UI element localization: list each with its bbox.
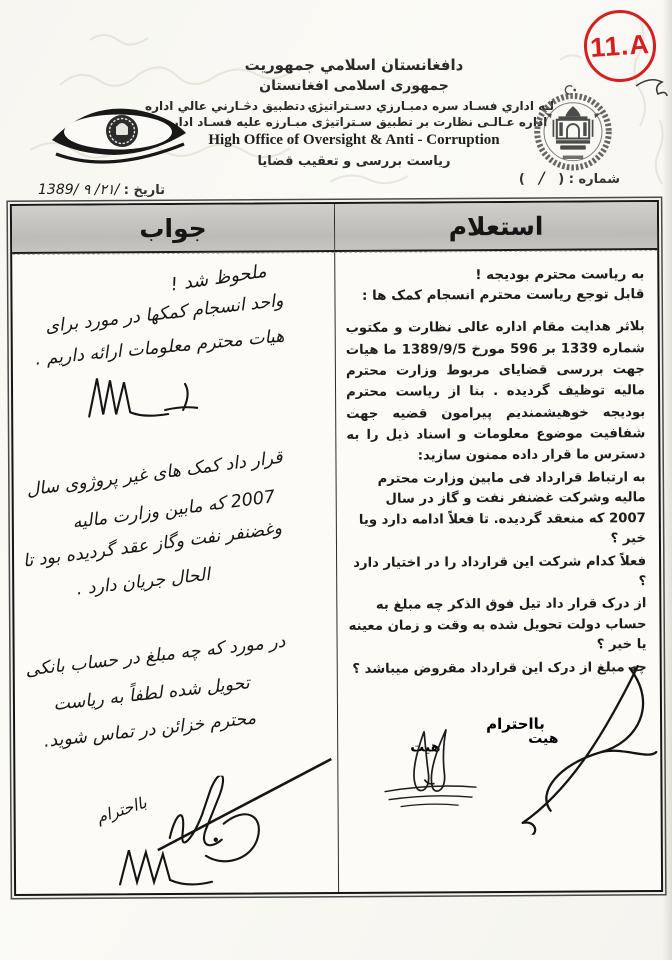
inquiry-attention-line: قابل توجع ریاست محترم انسجام کمک ها : <box>345 285 644 306</box>
column-header-answer: جواب <box>12 204 334 254</box>
inquiry-question-1: به ارتباط قرارداد فی مابین وزارت محترم م… <box>347 468 646 552</box>
number-paren-close: ) <box>519 172 525 187</box>
oversight-eye-logo-icon <box>48 94 190 178</box>
afghanistan-national-emblem-icon <box>530 84 616 176</box>
number-value-handwritten: / <box>525 168 558 187</box>
handwritten-check-mark-icon <box>634 78 668 100</box>
date-value-handwritten: 1389/ ٩ /۲۱/ <box>38 182 119 198</box>
stamp-label: 11.A <box>589 28 651 63</box>
answer-cell: ملحوظ شد ! واحد انسجام کمکها در مورد برا… <box>12 252 338 894</box>
answer-para3-line-3: محترم خزائن در تماس شوید. <box>43 708 257 751</box>
red-circle-stamp: 11.A <box>582 8 659 85</box>
date-label: تاریخ : <box>124 183 165 198</box>
answer-para3-line-2: تحویل شده لطفاً به ریاست <box>52 673 250 715</box>
inquiry-answer-table: استعلام جواب به ریاست محترم بودیجه ! قاب… <box>10 200 663 896</box>
table-header-row: استعلام جواب <box>12 202 657 254</box>
letterhead: دافغانستان اسلامي جمهوريت جمهوری اسلامی … <box>154 56 554 169</box>
column-header-inquiry: استعلام <box>334 202 657 252</box>
country-name-pashto: دافغانستان اسلامي جمهوريت <box>154 56 554 74</box>
inquiry-cell: به ریاست محترم بودیجه ! قابل توجع ریاست … <box>334 250 661 892</box>
inquiry-question-2: فعلاً کدام شرکت این قرارداد را در اختیار… <box>347 552 646 595</box>
signature-scribble-icon <box>488 664 661 835</box>
final-signature-icon <box>111 775 282 894</box>
document-number-field: شماره : (/) <box>519 168 620 187</box>
document-date-field: تاریخ : 1389/ ٩ /۲۱/ <box>34 182 165 198</box>
inquiry-salutation: به ریاست محترم بودیجه ! <box>345 265 644 286</box>
pen-nib-signature-icon <box>380 727 485 812</box>
inquiry-body-paragraph: بلاثر هدایت مقام اداره عالی نظارت و مکتو… <box>346 316 646 467</box>
office-name-pashto: لـه اداري فسـاد سره دمبـارزي دسـتراتيژۍ … <box>154 99 554 113</box>
inquiry-signature-zone: بااحترام هیت هیت <box>338 678 661 890</box>
directorate-name: ریاست بررسی و تعقیب قضایا <box>154 154 554 169</box>
answer-note-line-1: ملحوظ شد ! <box>169 261 267 296</box>
number-label: شماره : <box>569 172 620 187</box>
number-paren-open: ( <box>558 172 564 187</box>
answer-para2-line-3: وغضنفر نفت وگاز عقد گردیده بود تا <box>22 519 283 572</box>
scanned-document-page: 11.A دافغانستان اسلامي جمهوريت جمهوری اس… <box>0 0 672 960</box>
inquiry-question-3: از درک قرار داد تیل فوق الذکر چه مبلغ به… <box>347 595 646 658</box>
country-name-dari: جمهوری اسلامی افغانستان <box>154 78 554 94</box>
answer-para2-line-4: الحال جریان دارد . <box>76 565 212 600</box>
office-name-english: High Office of Oversight & Anti - Corrup… <box>154 132 554 149</box>
office-name-dari: اداره عـالـی نظارت بر تطبیق سـتراتیژی مب… <box>154 115 554 129</box>
initial-signature-icon <box>83 354 203 431</box>
inquiry-text: به ریاست محترم بودیجه ! قابل توجع ریاست … <box>335 251 660 680</box>
table-body-row: به ریاست محترم بودیجه ! قابل توجع ریاست … <box>12 250 661 894</box>
